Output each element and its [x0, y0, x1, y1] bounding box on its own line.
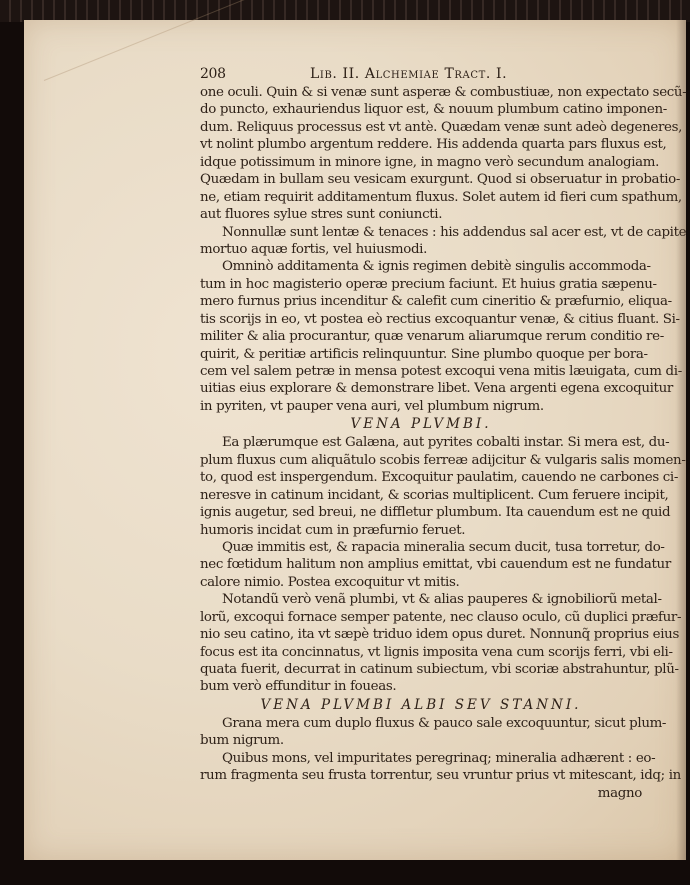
- paragraph: Ea plærumque est Galæna, aut pyrites cob…: [200, 434, 642, 539]
- paragraph: Omninò additamenta & ignis regimen debit…: [200, 258, 642, 415]
- text-line: uitias eius explorare & demonstrare libe…: [200, 380, 642, 397]
- text-line: idque potissimum in minore igne, in magn…: [200, 154, 642, 171]
- text-line: one oculi. Quin & si venæ sunt asperæ & …: [200, 84, 642, 101]
- text-line: tum in hoc magisterio operæ precium faci…: [200, 276, 642, 293]
- text-line: bum nigrum.: [200, 732, 642, 749]
- text-line: plum fluxus cum aliquãtulo scobis ferreæ…: [200, 452, 642, 469]
- text-line: humoris incidat cum in præfurnio feruet.: [200, 522, 642, 539]
- text-line: calore nimio. Postea excoquitur vt mitis…: [200, 574, 642, 591]
- page-number: 208: [200, 65, 260, 84]
- text-line: Nonnullæ sunt lentæ & tenaces : his adde…: [200, 224, 642, 241]
- text-line: quirit, & peritiæ artificis relinquuntur…: [200, 346, 642, 363]
- text-line: in pyriten, vt pauper vena auri, vel plu…: [200, 398, 642, 415]
- text-line: quata fuerit, decurrat in catinum subiec…: [200, 661, 642, 678]
- text-line: cem vel salem petræ in mensa potest exco…: [200, 363, 642, 380]
- text-line: nec fœtidum halitum non amplius emittat,…: [200, 556, 642, 573]
- running-head: 208 Lib. II. Alchemiae Tract. I.: [200, 65, 642, 84]
- text-line: ne, etiam requirit additamentum fluxus. …: [200, 189, 642, 206]
- text-line: do puncto, exhauriendus liquor est, & no…: [200, 101, 642, 118]
- text-line: aut fluores sylue stres sunt coniuncti.: [200, 206, 642, 223]
- paragraph: Nonnullæ sunt lentæ & tenaces : his adde…: [200, 224, 642, 259]
- text-line: Notandũ verò venã plumbi, vt & alias pau…: [200, 591, 642, 608]
- text-line: Omninò additamenta & ignis regimen debit…: [200, 258, 642, 275]
- text-line: rum fragmenta seu frusta torrentur, seu …: [200, 767, 642, 784]
- text-line: neresve in catinum incidant, & scorias m…: [200, 487, 642, 504]
- section-heading: VENA PLVMBI ALBI SEV STANNI.: [200, 696, 642, 715]
- paragraph: Grana mera cum duplo fluxus & pauco sale…: [200, 715, 642, 750]
- running-head-title: Lib. II. Alchemiae Tract. I.: [310, 65, 507, 84]
- text-line: focus est ita concinnatus, vt lignis imp…: [200, 644, 642, 661]
- text-line: mortuo aquæ fortis, vel huiusmodi.: [200, 241, 642, 258]
- text-line: to, quod est inspergendum. Excoquitur pa…: [200, 469, 642, 486]
- text-block: 208 Lib. II. Alchemiae Tract. I. one ocu…: [200, 65, 642, 802]
- book-page: 208 Lib. II. Alchemiae Tract. I. one ocu…: [24, 20, 686, 860]
- text-line: nio seu catino, ita vt sæpè triduo idem …: [200, 626, 642, 643]
- paragraph: Quæ immitis est, & rapacia mineralia sec…: [200, 539, 642, 591]
- text-line: bum verò effunditur in foueas.: [200, 678, 642, 695]
- text-line: Quibus mons, vel impuritates peregrinaq;…: [200, 750, 642, 767]
- text-line: Quædam in bullam seu vesicam exurgunt. Q…: [200, 171, 642, 188]
- text-line: militer & alia procurantur, quæ venarum …: [200, 328, 642, 345]
- text-line: mero furnus prius incenditur & calefit c…: [200, 293, 642, 310]
- paragraph: Notandũ verò venã plumbi, vt & alias pau…: [200, 591, 642, 696]
- text-line: Ea plærumque est Galæna, aut pyrites cob…: [200, 434, 642, 451]
- text-line: ignis augetur, sed breui, ne diffletur p…: [200, 504, 642, 521]
- text-line: Quæ immitis est, & rapacia mineralia sec…: [200, 539, 642, 556]
- text-line: dum. Reliquus processus est vt antè. Quæ…: [200, 119, 642, 136]
- text-line: lorũ, excoqui fornace semper patente, ne…: [200, 609, 642, 626]
- section-heading: VENA PLVMBI.: [200, 415, 642, 434]
- catchword: magno: [200, 785, 642, 802]
- text-line: vt nolint plumbo argentum reddere. His a…: [200, 136, 642, 153]
- book-binding-edge: [0, 0, 690, 22]
- text-line: tis scorijs in eo, vt postea eò rectius …: [200, 311, 642, 328]
- paragraph: Quibus mons, vel impuritates peregrinaq;…: [200, 750, 642, 785]
- text-line: Grana mera cum duplo fluxus & pauco sale…: [200, 715, 642, 732]
- paragraph: one oculi. Quin & si venæ sunt asperæ & …: [200, 84, 642, 224]
